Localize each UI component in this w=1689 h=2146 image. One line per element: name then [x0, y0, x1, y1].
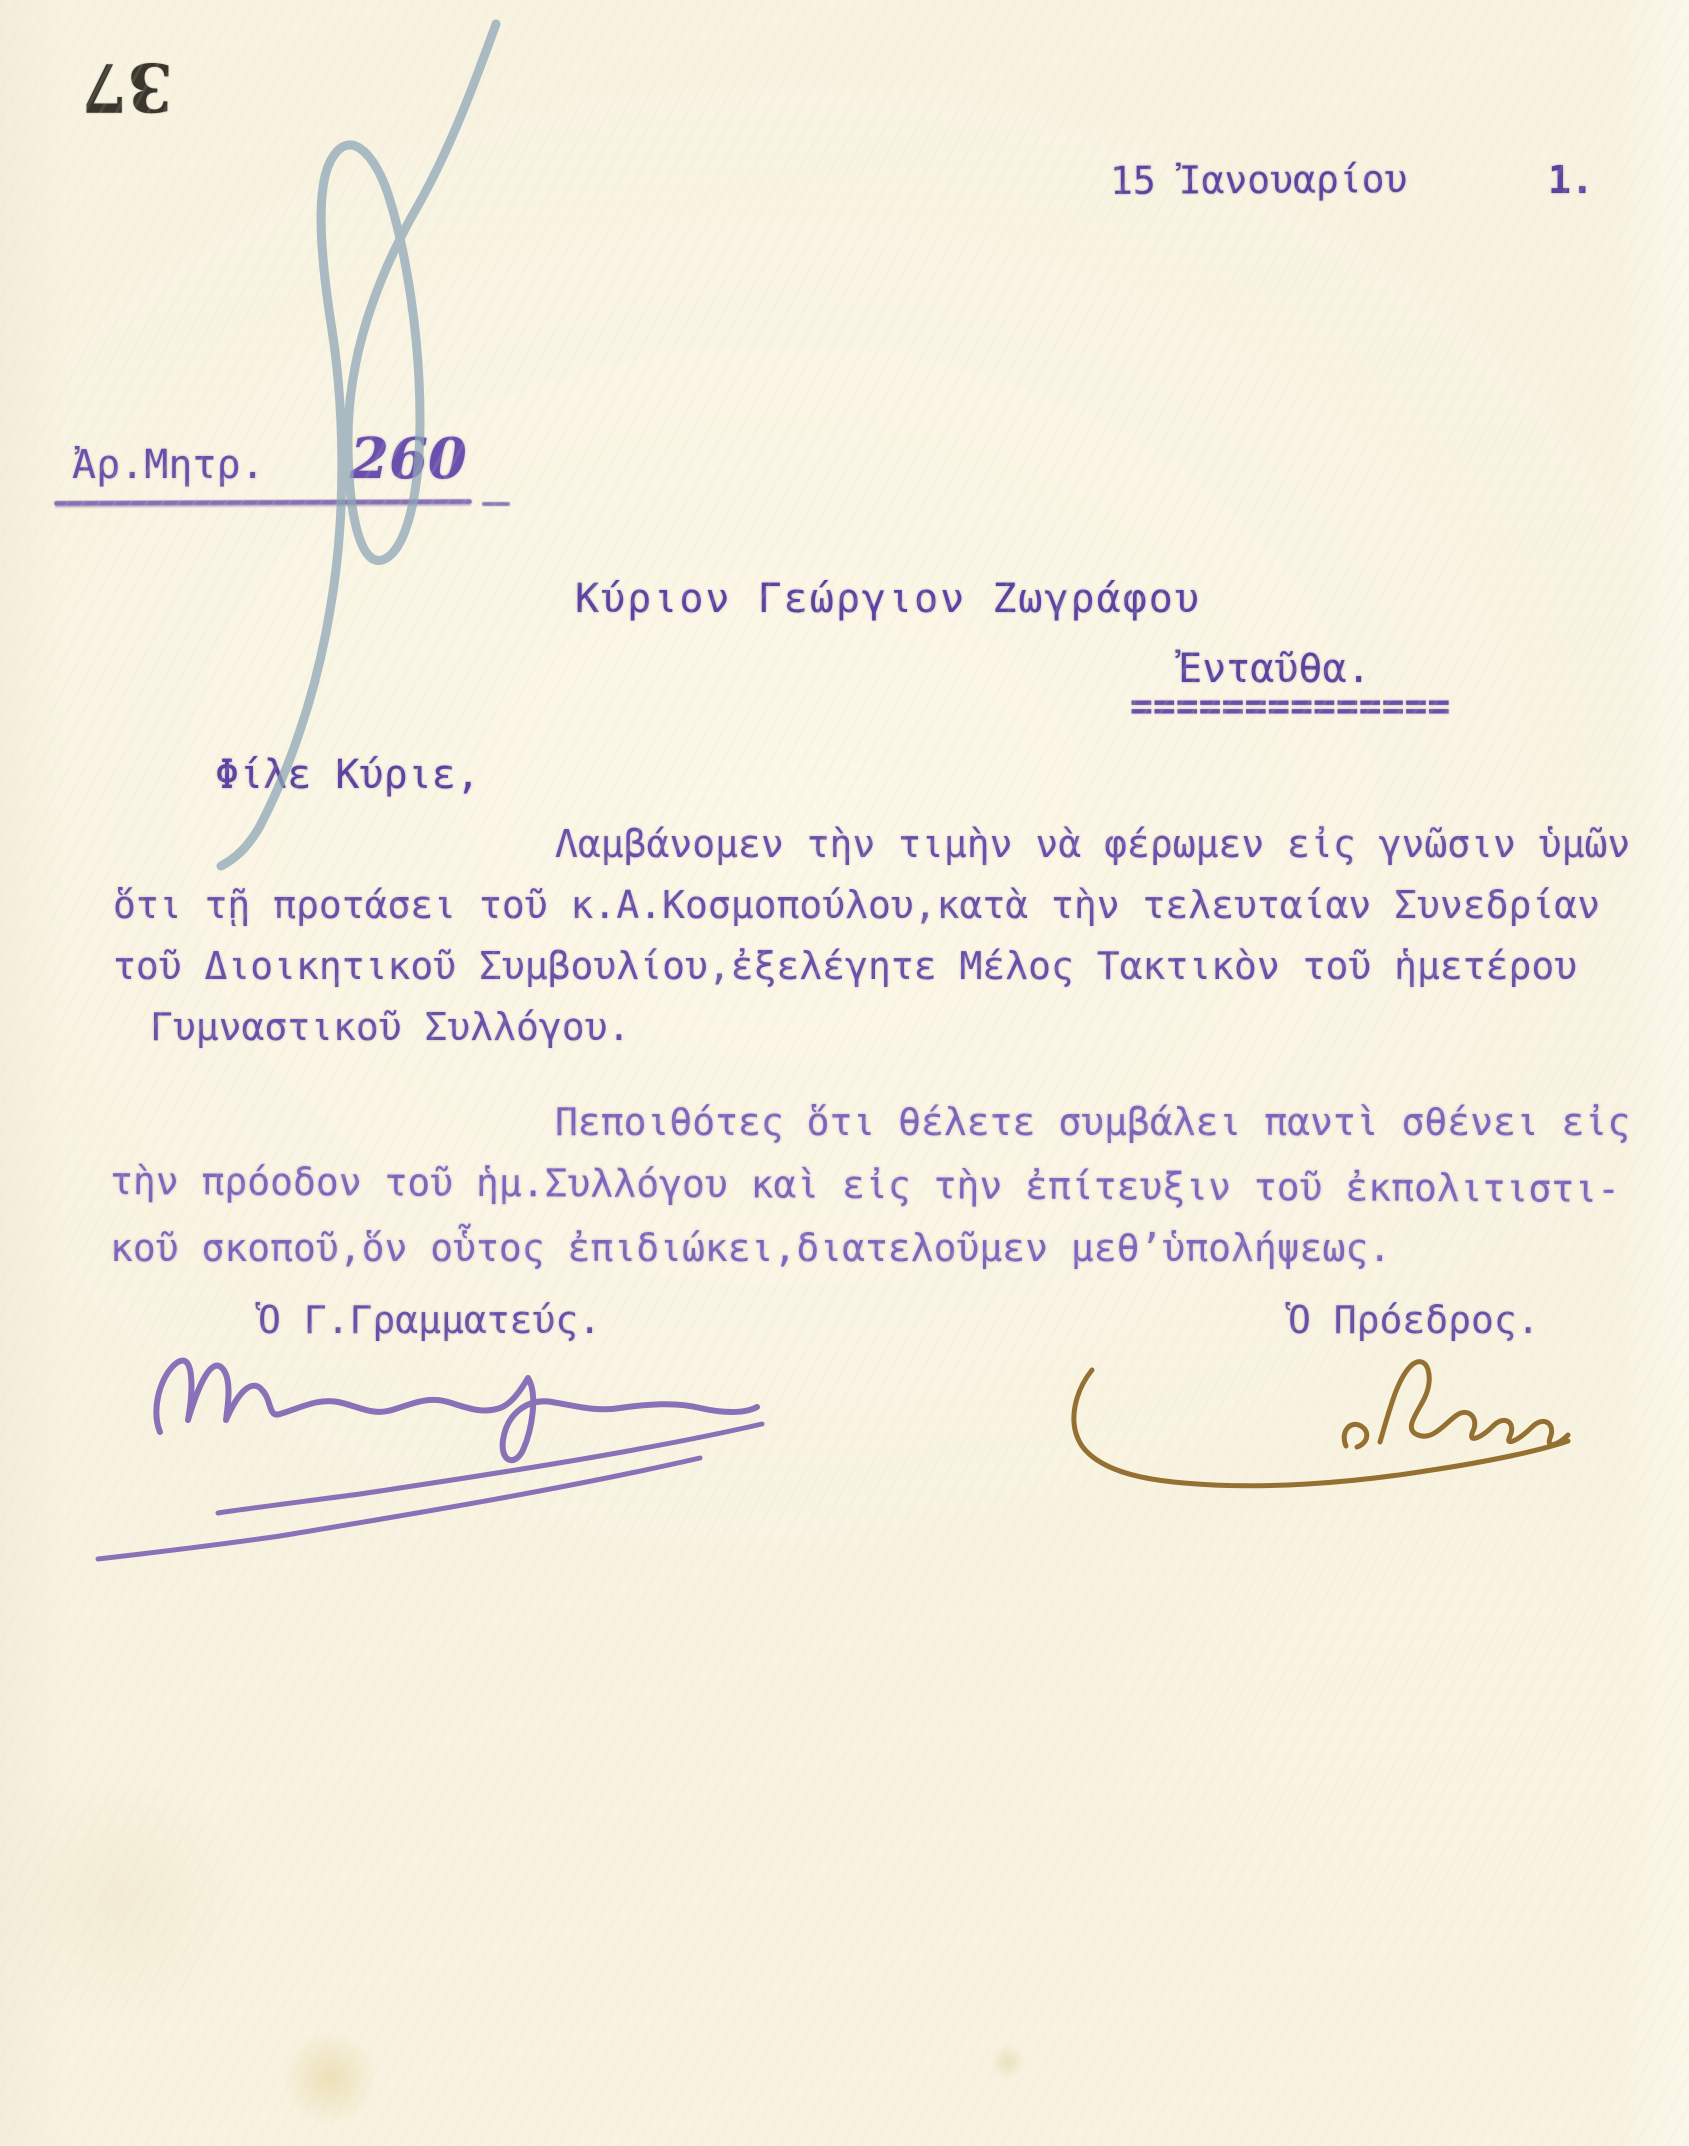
registry-underline	[54, 499, 472, 506]
president-signature	[1074, 1362, 1568, 1486]
body-p1-line3: τοῦ Διοικητικοῦ Συμβουλίου,ἐξελέγητε Μέλ…	[113, 944, 1577, 988]
registry-label: Ἀρ.Μητρ.	[72, 442, 265, 488]
body-p2-line2: τὴν πρόοδον τοῦ ἡμ.Συλλόγου καὶ εἰς τὴν …	[110, 1159, 1620, 1211]
secretary-title: Ὁ Γ.Γραμματεύς.	[258, 1298, 601, 1342]
addressee-place-underline: ==============	[1130, 684, 1450, 728]
date-line: 15 Ἰανουαρίου	[1110, 157, 1408, 203]
president-title: Ὁ Πρόεδρος.	[1288, 1298, 1540, 1342]
body-p1-line4: Γυμναστικοῦ Συλλόγου.	[150, 1005, 630, 1049]
body-p2-line1: Πεποιθότες ὅτι θέλετε συμβάλει παντὶ σθέ…	[555, 1100, 1630, 1144]
body-p2-line3: κοῦ σκοποῦ,ὅν οὗτος ἐπιδιώκει,διατελοῦμε…	[110, 1226, 1391, 1270]
registry-underline-dash	[482, 502, 510, 506]
registry-number: 260	[350, 426, 467, 492]
addressee-name: Κύριον Γεώργιον Ζωγράφου	[575, 576, 1201, 622]
archive-page-number: 37	[52, 16, 202, 126]
salutation: Φίλε Κύριε,	[215, 752, 480, 798]
handwritten-ink-layer	[0, 0, 1689, 2146]
body-p1-line1: Λαμβάνομεν τὴν τιμὴν νὰ φέρωμεν εἰς γνῶσ…	[555, 822, 1630, 866]
date-year-fragment: 1.	[1548, 158, 1594, 202]
body-p1-line2: ὅτι τῇ προτάσει τοῦ κ.Α.Κοσμοπούλου,κατὰ…	[113, 883, 1600, 927]
secretary-signature	[98, 1361, 762, 1559]
letter-page: 37 15 Ἰανουαρίου 1. Ἀρ.Μητρ. 260 Κύριον …	[0, 0, 1689, 2146]
